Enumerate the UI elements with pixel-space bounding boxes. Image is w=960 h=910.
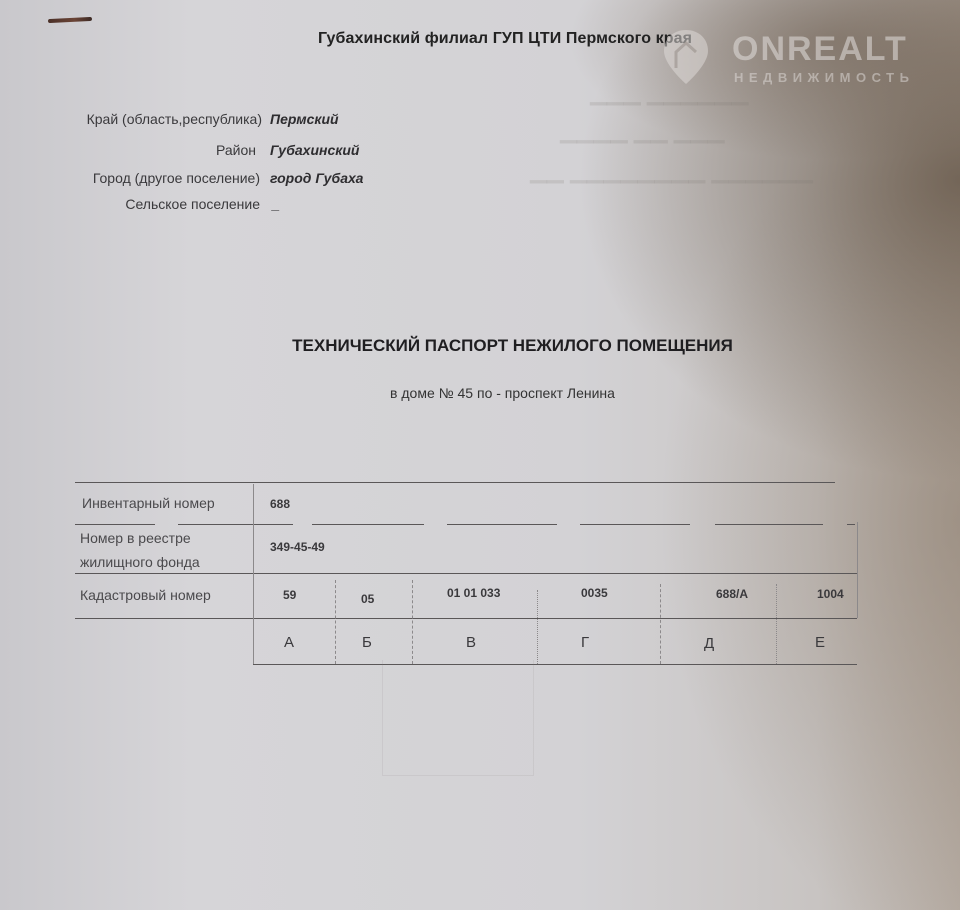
- show-through-text: ▁▁ ▁▁▁▁▁▁▁▁ ▁▁▁▁▁▁: [530, 158, 813, 184]
- registry-label-line1: Номер в реестре: [80, 527, 191, 549]
- inventory-value: 688: [270, 497, 290, 511]
- column-letter: Е: [815, 634, 825, 651]
- show-through-text: ▁▁▁ ▁▁▁▁▁▁: [590, 80, 748, 106]
- cadastral-part-c: 01 01 033: [447, 586, 500, 600]
- table-divider: [178, 524, 293, 525]
- field-label: Край (область,республика): [87, 111, 262, 127]
- field-value: _: [272, 196, 280, 212]
- field-rural-settlement: Сельское поселение _: [0, 196, 260, 214]
- table-column-line: [412, 580, 413, 664]
- table-border: [253, 664, 857, 665]
- watermark-brand: ONREALT: [732, 30, 908, 69]
- field-label: Район: [216, 142, 256, 158]
- table-divider: [447, 524, 557, 525]
- column-letter: Б: [362, 634, 372, 651]
- watermark-subtitle: НЕДВИЖИМОСТЬ: [734, 70, 914, 85]
- table-divider: [847, 524, 855, 525]
- field-value: Пермский: [270, 111, 339, 127]
- table-divider: [75, 618, 857, 619]
- registry-label-line2: жилищного фонда: [80, 551, 200, 573]
- field-district: Район Губахинский: [0, 142, 256, 160]
- field-label: Город (другое поселение): [93, 170, 260, 186]
- table-divider: [312, 524, 424, 525]
- table-divider: [580, 524, 690, 525]
- inventory-label: Инвентарный номер: [82, 492, 215, 514]
- field-region: Край (область,республика) Пермский: [0, 111, 262, 129]
- table-column-line: [537, 590, 538, 664]
- cadastral-label: Кадастровый номер: [80, 584, 211, 606]
- field-value: Губахинский: [270, 142, 359, 158]
- document-title: ТЕХНИЧЕСКИЙ ПАСПОРТ НЕЖИЛОГО ПОМЕЩЕНИЯ: [0, 336, 960, 356]
- table-border: [857, 522, 858, 618]
- table-column-line: [776, 584, 777, 664]
- table-divider: [75, 524, 155, 525]
- table-column-line: [335, 580, 336, 664]
- column-letter: Г: [581, 634, 589, 651]
- show-through-drawing: [382, 660, 534, 776]
- document-address: в доме № 45 по - проспект Ленина: [0, 385, 960, 401]
- column-letter: А: [284, 634, 294, 651]
- column-letter: Д: [704, 635, 714, 652]
- pen-mark: [48, 17, 92, 23]
- cadastral-part-b: 05: [361, 592, 374, 606]
- field-city: Город (другое поселение) город Губаха: [0, 170, 260, 188]
- show-through-text: ▁▁▁▁ ▁▁ ▁▁▁: [560, 118, 725, 144]
- field-value: город Губаха: [270, 170, 363, 186]
- table-divider: [75, 573, 857, 574]
- field-label: Сельское поселение: [125, 196, 260, 212]
- cadastral-part-a: 59: [283, 588, 296, 602]
- cadastral-part-d: 0035: [581, 586, 608, 600]
- cadastral-part-f: 1004: [817, 587, 844, 601]
- table-column-line: [253, 484, 254, 664]
- registry-value: 349-45-49: [270, 540, 325, 554]
- house-pin-icon: [662, 28, 710, 86]
- table-border: [75, 482, 835, 483]
- cadastral-part-e: 688/A: [716, 587, 748, 601]
- column-letter: В: [466, 634, 476, 651]
- table-column-line: [660, 584, 661, 664]
- table-divider: [715, 524, 823, 525]
